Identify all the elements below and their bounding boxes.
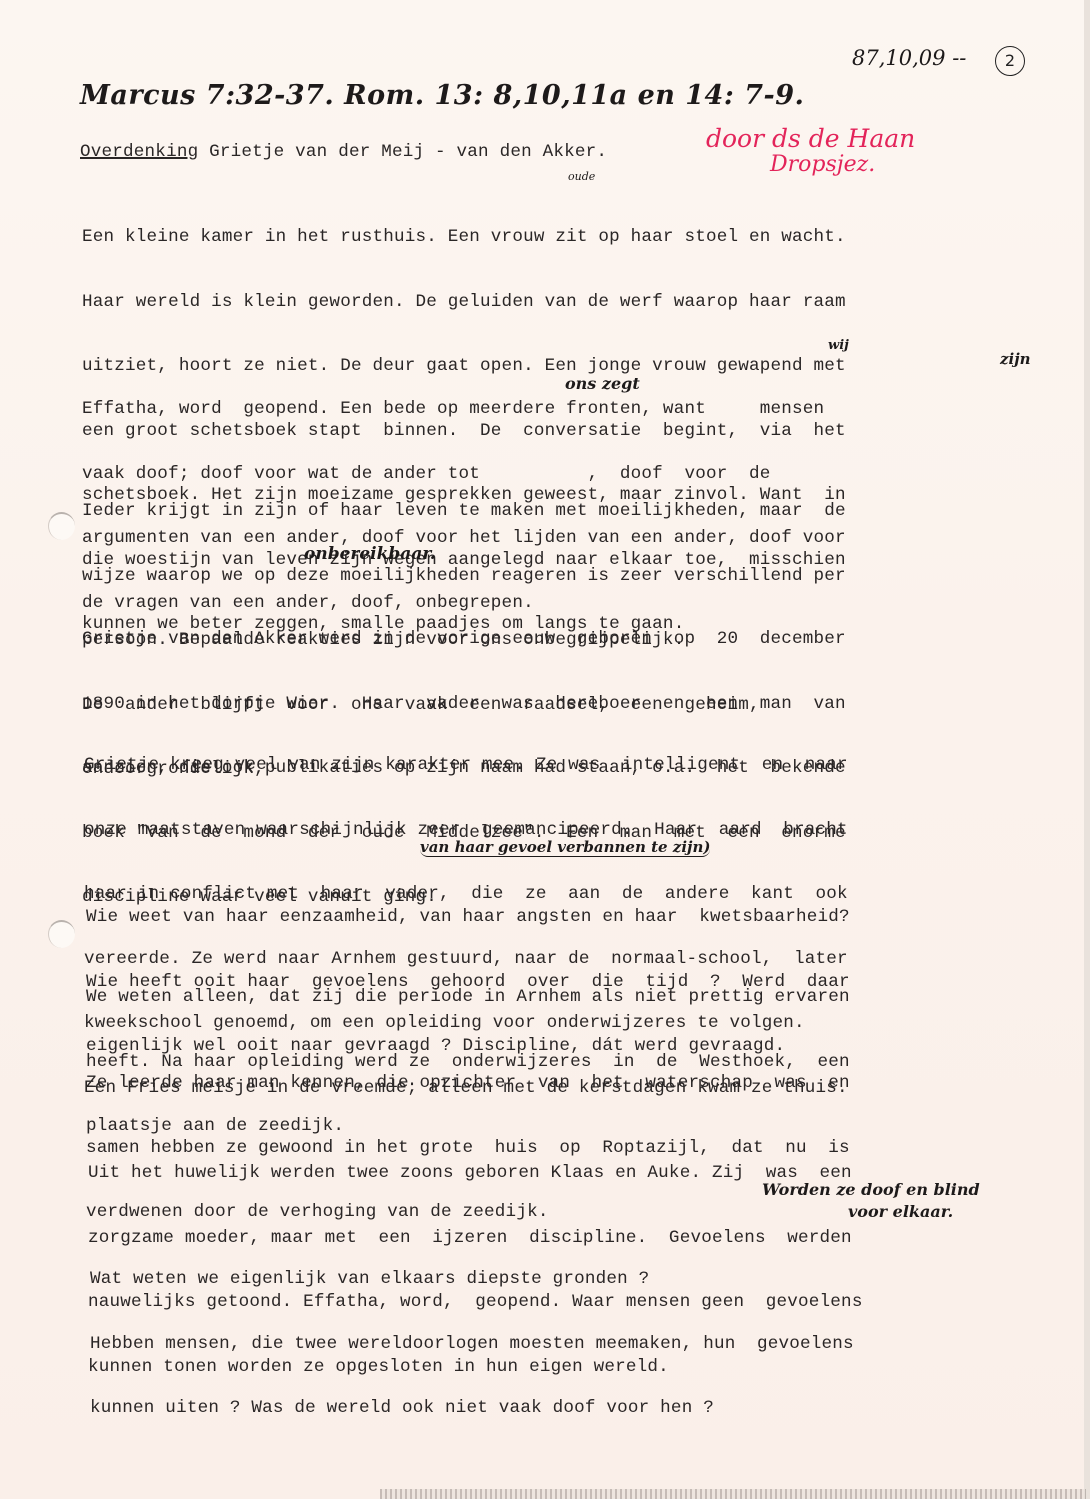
punch-hole-bottom xyxy=(48,920,75,948)
insert-ons-zegt: ons zegt xyxy=(565,374,640,393)
page-number-circle: 2 xyxy=(995,46,1025,76)
title-label: Overdenking xyxy=(80,142,198,162)
insert-zijn: zijn xyxy=(1000,350,1031,368)
document-title: Overdenking Grietje van der Meij - van d… xyxy=(80,142,607,164)
scanned-page: 87,10,09 -- 2 Marcus 7:32-37. Rom. 13: 8… xyxy=(0,0,1090,1499)
insert-wij: wij xyxy=(828,338,849,353)
author-annotation-line2: Dropsjez. xyxy=(770,152,875,177)
page-edge xyxy=(1084,0,1090,1499)
insert-oude: oude xyxy=(568,170,595,183)
insert-worden-line1: Worden ze doof en blind xyxy=(762,1180,980,1199)
insert-onbereikbaar: onbereikbaar. xyxy=(304,544,436,564)
date-note: 87,10,09 -- xyxy=(852,46,966,70)
title-subject: Grietje van der Meij - van den Akker. xyxy=(198,142,607,162)
scan-artifact-strip xyxy=(380,1489,1086,1499)
punch-hole-top xyxy=(48,512,75,540)
author-annotation-line1: door ds de Haan xyxy=(706,124,915,153)
scripture-reference: Marcus 7:32-37. Rom. 13: 8,10,11a en 14:… xyxy=(80,80,804,111)
paragraph-10: Wat weten we eigenlijk van elkaars dieps… xyxy=(90,1226,854,1463)
insert-worden-line2: voor elkaar. xyxy=(848,1202,953,1221)
insert-gevoel: van haar gevoel verbannen te zijn) xyxy=(420,838,710,857)
